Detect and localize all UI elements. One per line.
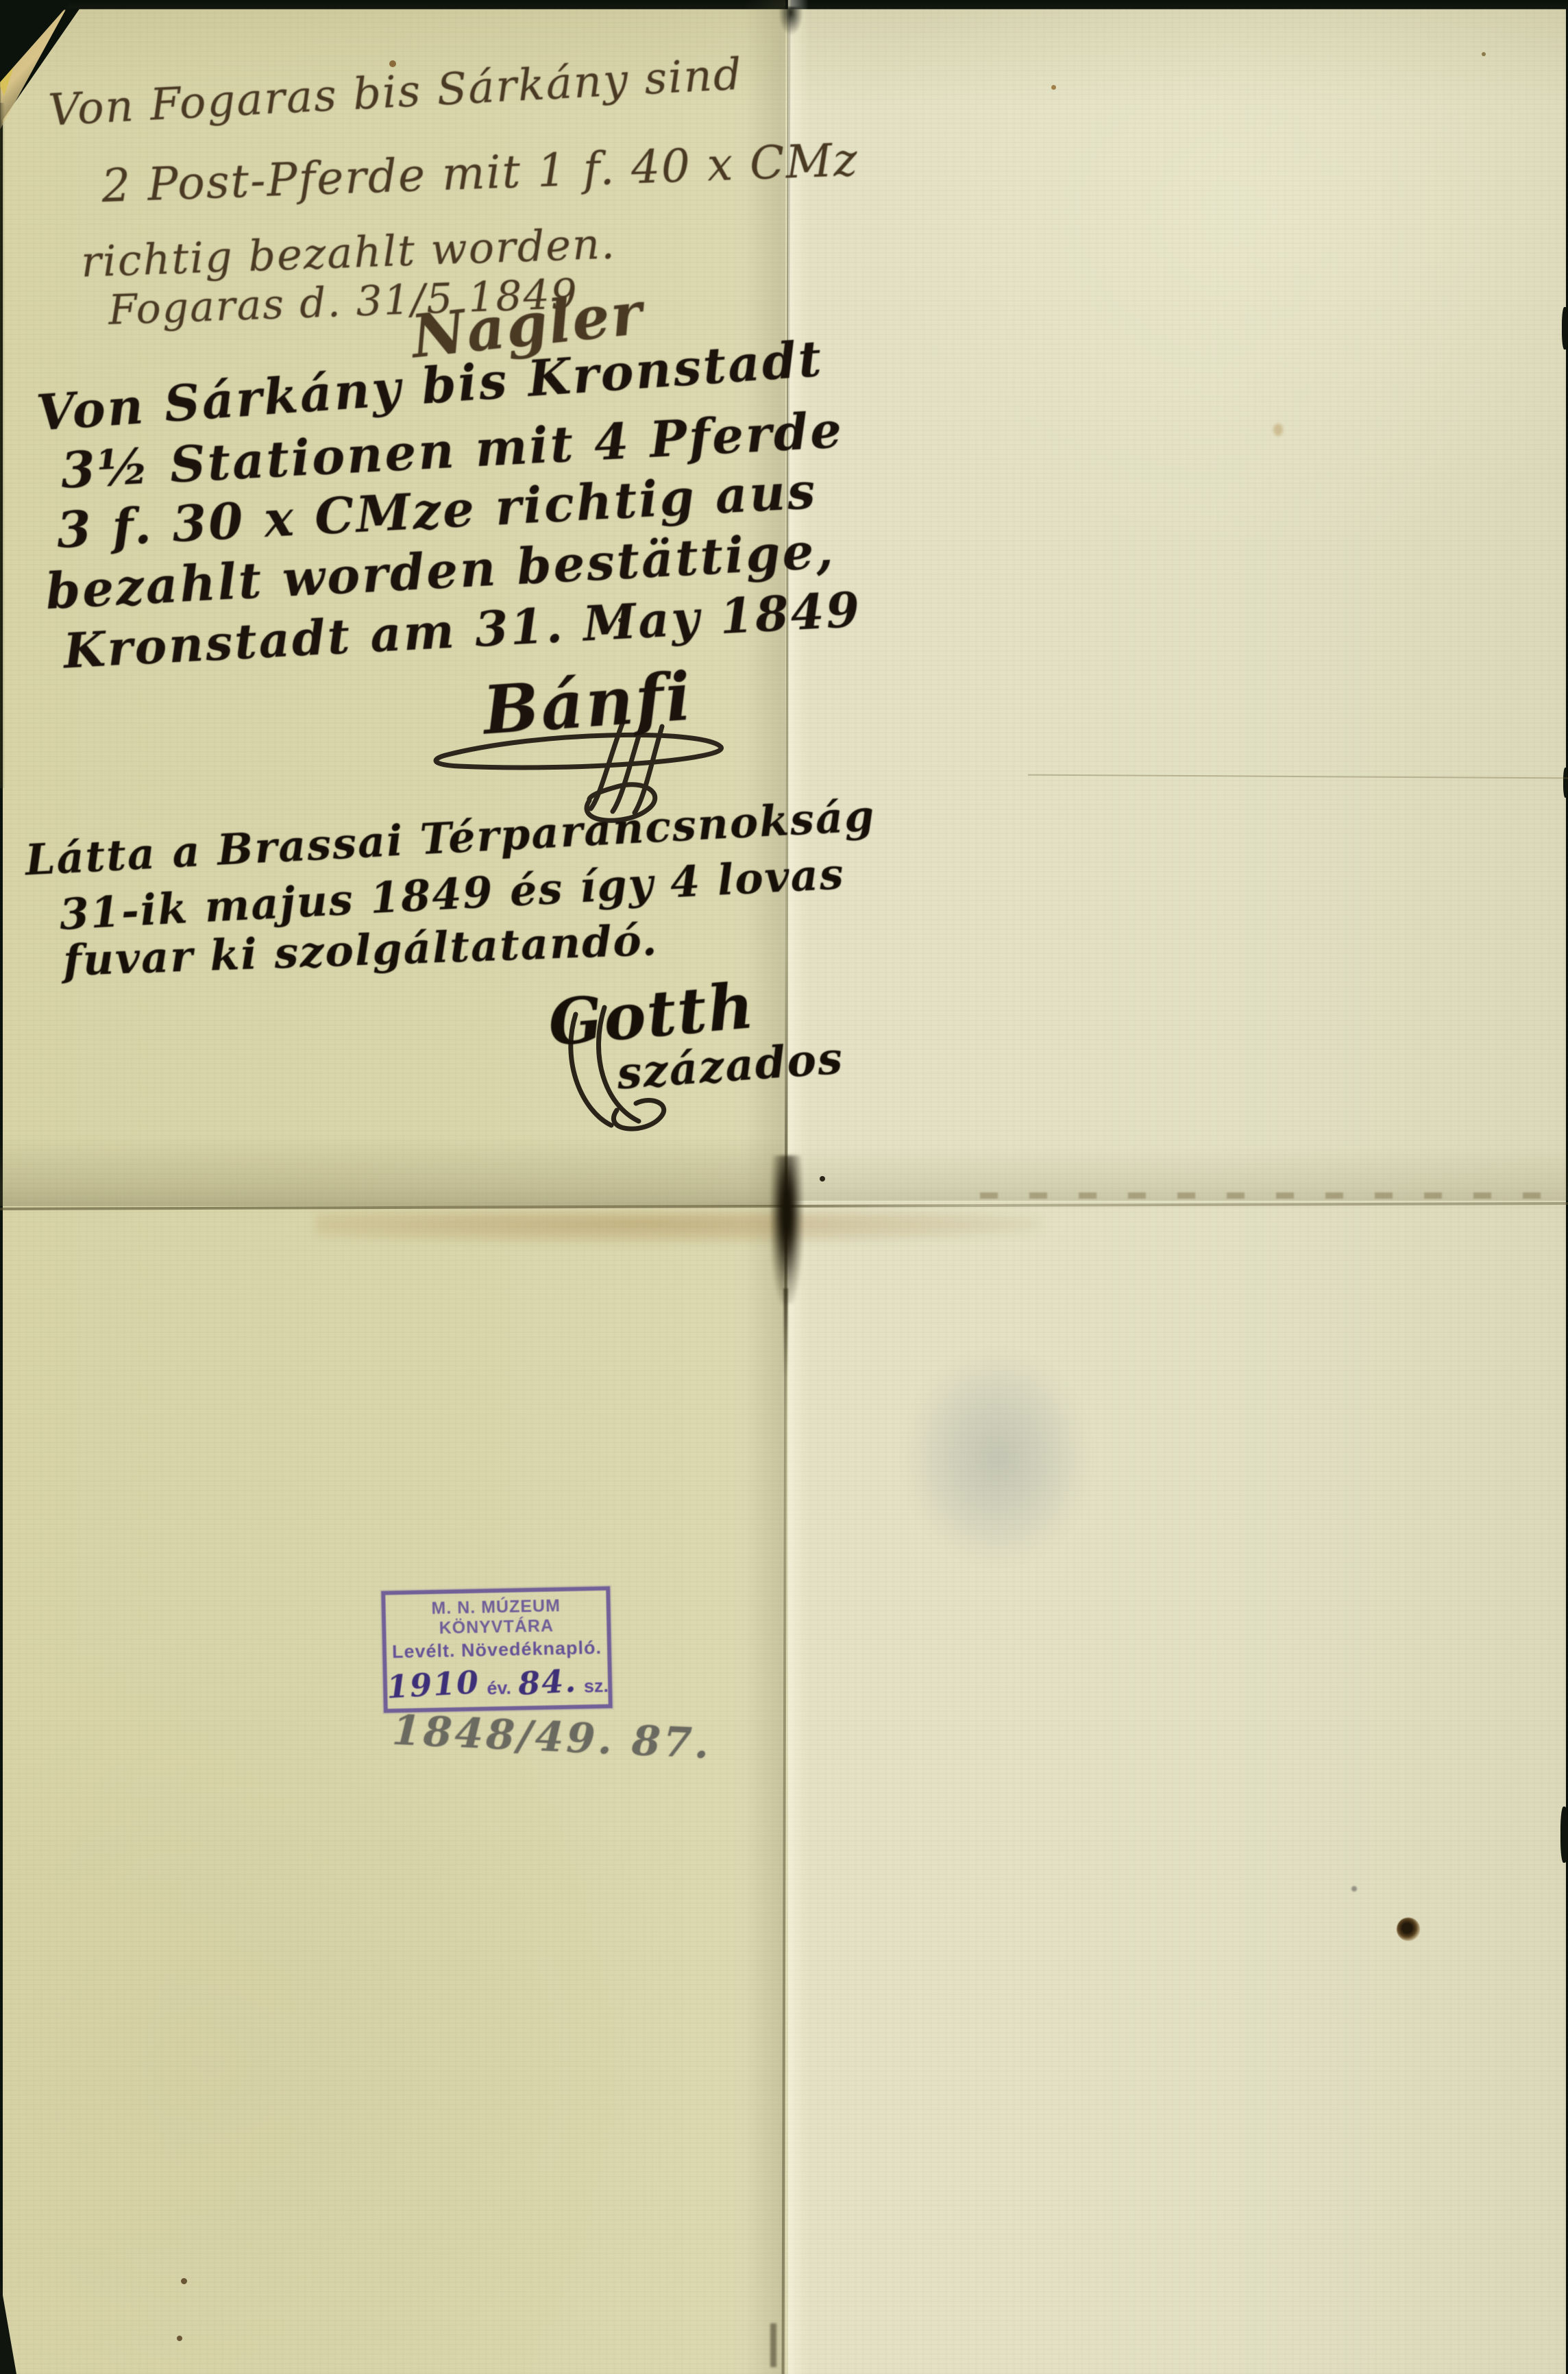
- stamp-year-handwritten: 1910: [386, 1663, 481, 1706]
- fold-bottom-mark: [770, 2323, 776, 2367]
- ink-blot-fold-intersection: [770, 1155, 803, 1304]
- burn-spot: [1397, 1918, 1420, 1941]
- paper-speck: [177, 2336, 182, 2341]
- paper-stain: [1273, 424, 1283, 436]
- signature-flourish-gotth: [535, 1007, 754, 1138]
- stamp-number-handwritten: 84.: [517, 1662, 578, 1702]
- document-scan: Von Fogaras bis Sárkány sind 2 Post-Pfer…: [0, 0, 1568, 2374]
- paper-speck: [181, 2278, 187, 2284]
- edge-notch: [1562, 307, 1568, 350]
- horizontal-fold-shadow-left: [0, 1136, 788, 1206]
- stamp-line-2: Levélt. Növedéknapló.: [392, 1637, 602, 1662]
- stamp-line-1: M. N. MÚZEUM KÖNYVTÁRA: [385, 1595, 607, 1639]
- paper-speck: [1482, 52, 1486, 56]
- fold-top-notch: [779, 7, 803, 36]
- pencil-smudge: [1351, 1886, 1357, 1892]
- paper-speck: [820, 1176, 825, 1182]
- horizontal-fold-stain: [315, 1212, 1042, 1243]
- scan-edge-left: [0, 103, 5, 788]
- paper-speck: [1051, 85, 1056, 90]
- library-stamp: M. N. MÚZEUM KÖNYVTÁRA Levélt. Növedékna…: [381, 1587, 613, 1713]
- paper-speck: [389, 60, 396, 67]
- seal-ghost-stain: [905, 1351, 1090, 1564]
- horizontal-fold-stitch-marks: [980, 1192, 1556, 1199]
- stamp-year-label: év.: [487, 1677, 511, 1699]
- edge-notch: [1563, 768, 1568, 798]
- edge-notch: [1560, 1807, 1568, 1863]
- stamp-number-label: sz.: [584, 1675, 609, 1697]
- ink-blot-tail: [783, 1288, 788, 1378]
- stamp-accession-row: 1910 év. 84. sz.: [387, 1662, 609, 1704]
